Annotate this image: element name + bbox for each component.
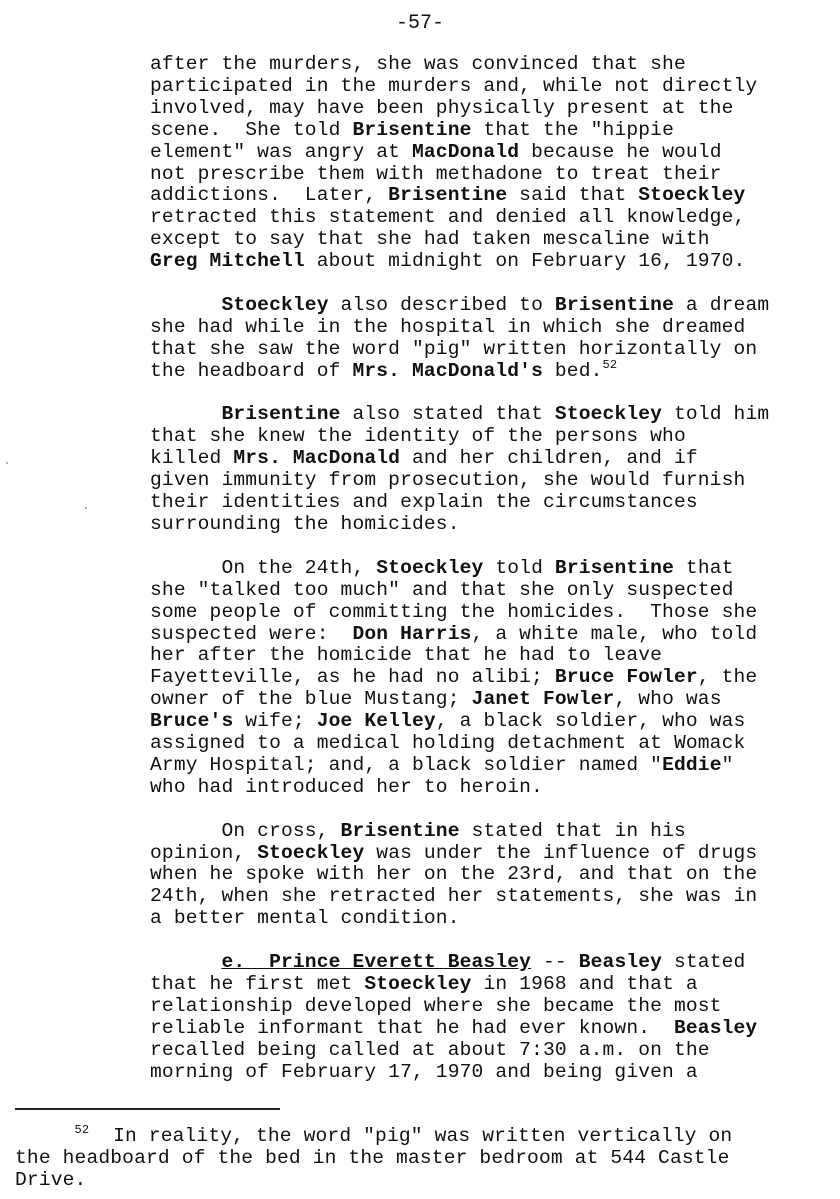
bold-name: MacDonald <box>412 141 519 163</box>
text-run: , a black soldier, who was <box>436 710 746 732</box>
text-run: except to say that she had taken mescali… <box>150 228 710 250</box>
text-run: bed. <box>543 360 603 382</box>
text-line: reliable informant that he had ever know… <box>150 1018 840 1040</box>
text-run: also stated that <box>341 403 555 425</box>
text-run: involved, may have been physically prese… <box>150 97 734 119</box>
text-run: given immunity from prosecution, she wou… <box>150 469 745 491</box>
text-run: in 1968 and that a <box>472 973 698 995</box>
document-body: after the murders, she was convinced tha… <box>150 54 840 1105</box>
text-line: some people of committing the homicides.… <box>150 602 840 624</box>
text-run: her after the homicide that he had to le… <box>150 644 662 666</box>
text-run: -- <box>531 951 579 973</box>
text-line: addictions. Later, Brisentine said that … <box>150 185 840 207</box>
text-run: suspected were: <box>150 623 352 645</box>
text-run: assigned to a medical holding detachment… <box>150 732 745 754</box>
text-line: given immunity from prosecution, she wou… <box>150 470 840 492</box>
text-line: suspected were: Don Harris, a white male… <box>150 624 840 646</box>
text-line: that she saw the word "pig" written hori… <box>150 339 840 361</box>
text-run: some people of committing the homicides.… <box>150 601 757 623</box>
text-line: element" was angry at MacDonald because … <box>150 142 840 164</box>
text-line: On cross, Brisentine stated that in his <box>150 821 840 843</box>
text-line: she had while in the hospital in which s… <box>150 317 840 339</box>
text-run: a better mental condition. <box>150 907 460 929</box>
bold-name: Brisentine <box>555 294 674 316</box>
text-line: except to say that she had taken mescali… <box>150 229 840 251</box>
text-run: she had while in the hospital in which s… <box>150 316 745 338</box>
text-line: On the 24th, Stoeckley told Brisentine t… <box>150 558 840 580</box>
text-run: opinion, <box>150 842 257 864</box>
text-line: recalled being called at about 7:30 a.m.… <box>150 1040 840 1062</box>
text-run: that she knew the identity of the person… <box>150 425 686 447</box>
text-run: not prescribe them with methadone to tre… <box>150 163 722 185</box>
text-run: told <box>483 557 554 579</box>
text-run: said that <box>507 184 638 206</box>
section-heading: e. Prince Everett Beasley <box>221 951 531 973</box>
footnote-52: 52 In reality, the word "pig" was writte… <box>15 1126 840 1192</box>
text-run: also described to <box>329 294 555 316</box>
text-line: who had introduced her to heroin. <box>150 777 840 799</box>
text-run: their identities and explain the circums… <box>150 491 698 513</box>
bold-name: Brisentine <box>341 820 460 842</box>
text-run: , who was <box>614 688 721 710</box>
text-run: wife; <box>233 710 316 732</box>
bold-name: Bruce's <box>150 710 233 732</box>
text-line: retracted this statement and denied all … <box>150 207 840 229</box>
text-run: 24th, when she retracted her statements,… <box>150 885 757 907</box>
bold-name: Janet Fowler <box>472 688 615 710</box>
text-line: relationship developed where she became … <box>150 996 840 1018</box>
text-run: about midnight on February 16, 1970. <box>305 250 746 272</box>
text-line: e. Prince Everett Beasley -- Beasley sta… <box>150 952 840 974</box>
bold-name: Greg Mitchell <box>150 250 305 272</box>
text-run: that he first met <box>150 973 364 995</box>
bold-name: Brisentine <box>388 184 507 206</box>
text-line: their identities and explain the circums… <box>150 492 840 514</box>
text-run: element" was angry at <box>150 141 412 163</box>
text-run: the headboard of <box>150 360 352 382</box>
text-run: because he would <box>519 141 721 163</box>
text-line: that he first met Stoeckley in 1968 and … <box>150 974 840 996</box>
text-line: owner of the blue Mustang; Janet Fowler,… <box>150 689 840 711</box>
footnote-line-3: Drive. <box>15 1170 840 1192</box>
bold-name: Mrs. MacDonald <box>233 447 400 469</box>
text-run: morning of February 17, 1970 and being g… <box>150 1061 698 1083</box>
page-number: -57- <box>0 12 840 36</box>
text-line: morning of February 17, 1970 and being g… <box>150 1062 840 1084</box>
text-line: when he spoke with her on the 23rd, and … <box>150 864 840 886</box>
paragraph: Brisentine also stated that Stoeckley to… <box>150 404 840 535</box>
text-run: relationship developed where she became … <box>150 995 722 1017</box>
text-run: retracted this statement and denied all … <box>150 206 745 228</box>
text-run: , a white male, who told <box>472 623 758 645</box>
footnote-separator <box>15 1108 280 1110</box>
scan-speck <box>85 507 87 509</box>
bold-name: Brisentine <box>352 119 471 141</box>
text-run: a dream <box>674 294 769 316</box>
text-run: told him <box>662 403 769 425</box>
bold-name: Brisentine <box>221 403 340 425</box>
footnote-line-2: the headboard of the bed in the master b… <box>15 1148 840 1170</box>
text-run: who had introduced her to heroin. <box>150 776 543 798</box>
text-line: after the murders, she was convinced tha… <box>150 54 840 76</box>
text-line: surrounding the homicides. <box>150 514 840 536</box>
text-run: killed <box>150 447 233 469</box>
footnote-reference: 52 <box>603 358 618 372</box>
text-run: surrounding the homicides. <box>150 513 460 535</box>
bold-name: Beasley <box>579 951 662 973</box>
text-run: On the 24th, <box>221 557 376 579</box>
text-run: that <box>674 557 734 579</box>
text-run: that she saw the word "pig" written hori… <box>150 338 757 360</box>
bold-name: Don Harris <box>352 623 471 645</box>
text-line: Brisentine also stated that Stoeckley to… <box>150 404 840 426</box>
paragraph: On cross, Brisentine stated that in hiso… <box>150 821 840 931</box>
text-run: Fayetteville, as he had no alibi; <box>150 666 555 688</box>
text-line: killed Mrs. MacDonald and her children, … <box>150 448 840 470</box>
text-line: participated in the murders and, while n… <box>150 76 840 98</box>
bold-name: Stoeckley <box>376 557 483 579</box>
text-run: that the "hippie <box>472 119 674 141</box>
bold-name: Stoeckley <box>638 184 745 206</box>
bold-name: Stoeckley <box>257 842 364 864</box>
text-run: participated in the murders and, while n… <box>150 75 757 97</box>
text-run: addictions. Later, <box>150 184 388 206</box>
text-line: not prescribe them with methadone to tre… <box>150 164 840 186</box>
text-run: scene. She told <box>150 119 352 141</box>
text-run: after the murders, she was convinced tha… <box>150 53 686 75</box>
text-run: owner of the blue Mustang; <box>150 688 472 710</box>
scan-speck <box>6 462 8 464</box>
text-line: involved, may have been physically prese… <box>150 98 840 120</box>
text-line: the headboard of Mrs. MacDonald's bed.52 <box>150 361 840 383</box>
text-line: Greg Mitchell about midnight on February… <box>150 251 840 273</box>
text-line: Army Hospital; and, a black soldier name… <box>150 755 840 777</box>
bold-name: Mrs. MacDonald's <box>352 360 543 382</box>
text-line: her after the homicide that he had to le… <box>150 645 840 667</box>
text-run: , the <box>698 666 758 688</box>
text-line: Bruce's wife; Joe Kelley, a black soldie… <box>150 711 840 733</box>
text-line: Stoeckley also described to Brisentine a… <box>150 295 840 317</box>
text-run: stated that in his <box>460 820 686 842</box>
paragraph: after the murders, she was convinced tha… <box>150 54 840 273</box>
bold-name: Joe Kelley <box>317 710 436 732</box>
bold-name: Eddie <box>662 754 722 776</box>
bold-name: Stoeckley <box>555 403 662 425</box>
text-run: stated <box>662 951 745 973</box>
text-run: " <box>722 754 734 776</box>
text-line: a better mental condition. <box>150 908 840 930</box>
footnote-line-1: 52 In reality, the word "pig" was writte… <box>15 1126 840 1148</box>
paragraph: e. Prince Everett Beasley -- Beasley sta… <box>150 952 840 1083</box>
text-run: she "talked too much" and that she only … <box>150 579 734 601</box>
text-line: assigned to a medical holding detachment… <box>150 733 840 755</box>
text-line: scene. She told Brisentine that the "hip… <box>150 120 840 142</box>
bold-name: Stoeckley <box>364 973 471 995</box>
text-run: when he spoke with her on the 23rd, and … <box>150 863 757 885</box>
text-line: that she knew the identity of the person… <box>150 426 840 448</box>
text-run: was under the influence of drugs <box>364 842 757 864</box>
bold-name: Brisentine <box>555 557 674 579</box>
text-line: opinion, Stoeckley was under the influen… <box>150 843 840 865</box>
text-run: Army Hospital; and, a black soldier name… <box>150 754 662 776</box>
paragraph: On the 24th, Stoeckley told Brisentine t… <box>150 558 840 799</box>
footnote-marker: 52 <box>75 1123 90 1137</box>
bold-name: Bruce Fowler <box>555 666 698 688</box>
paragraph: Stoeckley also described to Brisentine a… <box>150 295 840 383</box>
bold-name: Stoeckley <box>221 294 328 316</box>
text-line: 24th, when she retracted her statements,… <box>150 886 840 908</box>
text-run: and her children, and if <box>400 447 698 469</box>
text-run: On cross, <box>221 820 340 842</box>
text-line: she "talked too much" and that she only … <box>150 580 840 602</box>
text-run: reliable informant that he had ever know… <box>150 1017 674 1039</box>
text-run: recalled being called at about 7:30 a.m.… <box>150 1039 710 1061</box>
bold-name: Beasley <box>674 1017 757 1039</box>
text-line: Fayetteville, as he had no alibi; Bruce … <box>150 667 840 689</box>
